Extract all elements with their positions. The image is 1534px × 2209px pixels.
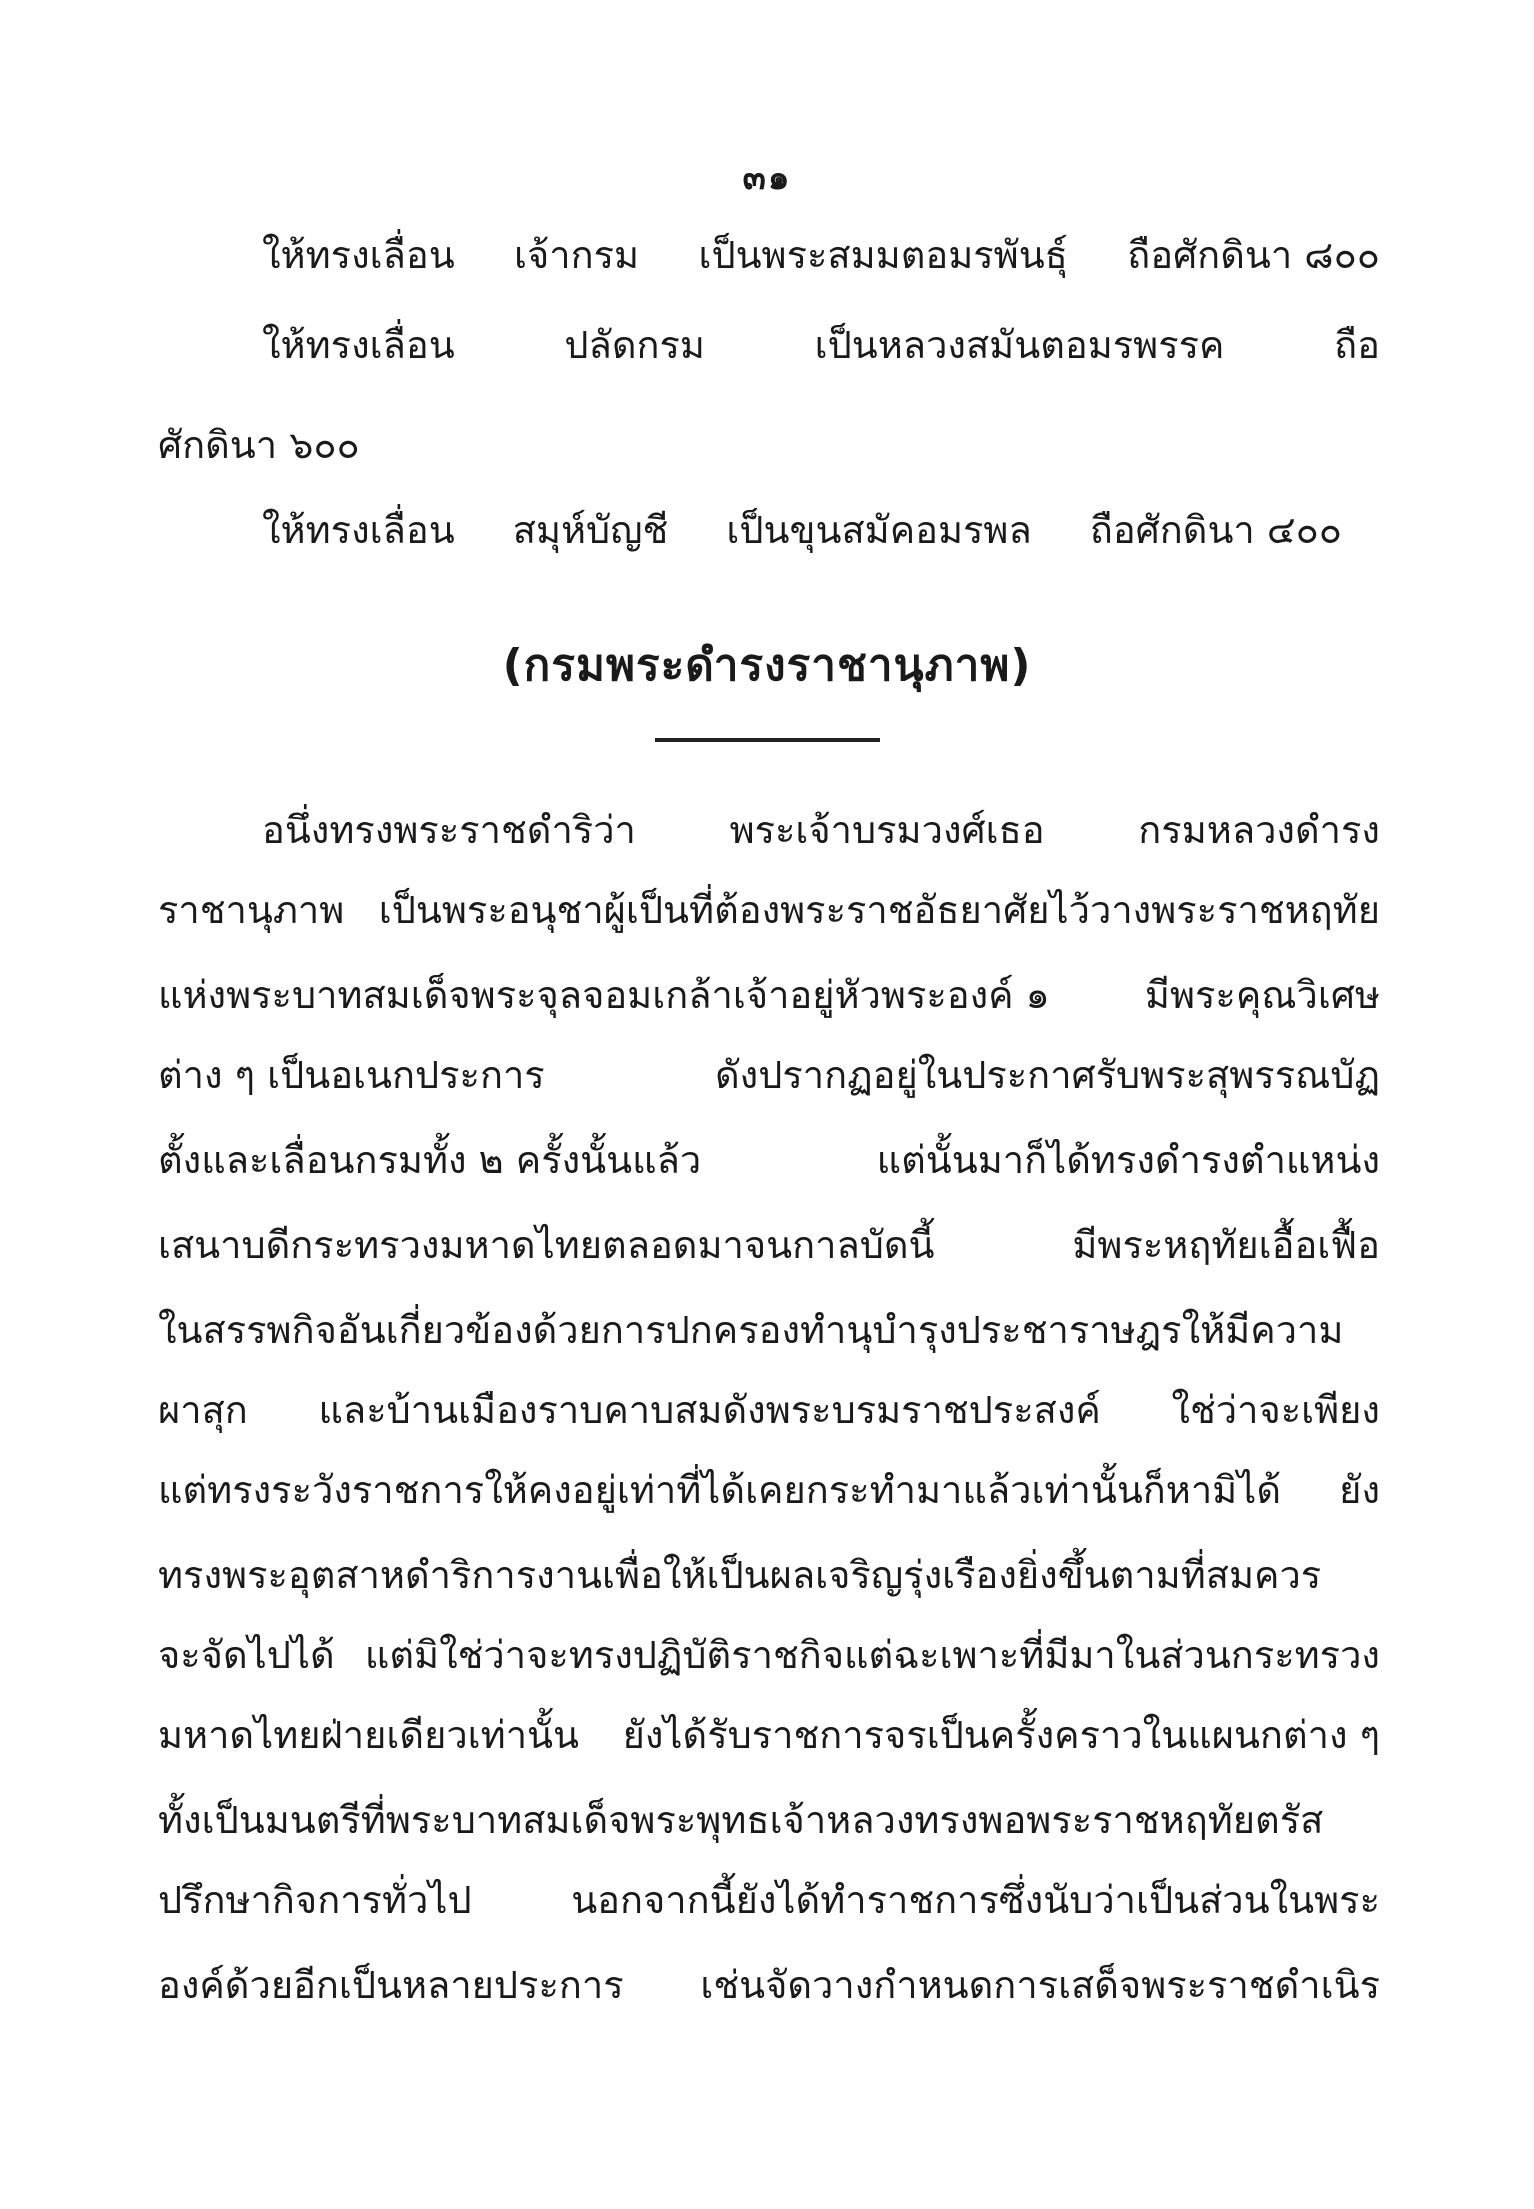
appointment-text: ให้ทรงเลื่อน xyxy=(262,225,455,285)
body-text: อนึ่งทรงพระราชดำริว่า xyxy=(262,800,636,860)
body-text: ต่าง ๆ เป็นอเนกประการ xyxy=(158,1045,545,1105)
body-text: ตั้งและเลื่อนกรมทั้ง ๒ ครั้งนั้นแล้ว xyxy=(158,1130,701,1190)
body-text: ทรงพระอุตสาหดำริการงานเพื่อให้เป็นผลเจริ… xyxy=(158,1545,1321,1605)
body-text: พระเจ้าบรมวงศ์เธอ xyxy=(730,800,1045,860)
body-text: จะจัดไปได้ xyxy=(158,1625,335,1685)
body-text: และบ้านเมืองราบคาบสมดังพระบรมราชประสงค์ xyxy=(318,1380,1100,1440)
appointment-text: เป็นพระสมมตอมรพันธุ์ xyxy=(698,225,1067,285)
body-line: แห่งพระบาทสมเด็จพระจุลจอมเกล้าเจ้าอยู่หั… xyxy=(158,965,1380,1025)
appointment-text: สมุห์บัญชี xyxy=(513,500,669,560)
body-text: แต่นั้นมาก็ได้ทรงดำรงตำแหน่ง xyxy=(877,1130,1380,1190)
appointment-line-1: ให้ทรงเลื่อน เจ้ากรม เป็นพระสมมตอมรพันธุ… xyxy=(262,225,1380,285)
body-text: มหาดไทยฝ่ายเดียวเท่านั้น xyxy=(158,1705,579,1765)
body-text: แต่มิใช่ว่าจะทรงปฏิบัติราชกิจแต่ฉะเพาะที… xyxy=(365,1625,1380,1685)
appointment-line-3: ให้ทรงเลื่อน สมุห์บัญชี เป็นขุนสมัคอมรพล… xyxy=(262,500,1342,560)
appointment-line-2: ให้ทรงเลื่อน ปลัดกรม เป็นหลวงสมันตอมรพรร… xyxy=(262,315,1380,375)
appointment-text: ถือศักดินา ๔๐๐ xyxy=(1090,500,1342,560)
appointment-text: ให้ทรงเลื่อน xyxy=(262,500,455,560)
body-text: ดังปรากฏอยู่ในประกาศรับพระสุพรรณบัฏ xyxy=(715,1045,1380,1105)
body-line: จะจัดไปได้ แต่มิใช่ว่าจะทรงปฏิบัติราชกิจ… xyxy=(158,1625,1380,1685)
body-text: เป็นพระอนุชาผู้เป็นที่ต้องพระราชอัธยาศัย… xyxy=(379,880,1380,940)
body-text: เช่นจัดวางกำหนดการเสด็จพระราชดำเนิร xyxy=(700,1955,1380,2015)
body-text: ปรึกษากิจการทั่วไป xyxy=(158,1870,472,1930)
body-line: ตั้งและเลื่อนกรมทั้ง ๒ ครั้งนั้นแล้ว แต่… xyxy=(158,1130,1380,1190)
body-text: ใช่ว่าจะเพียง xyxy=(1171,1380,1380,1440)
body-text: มีพระหฤทัยเอื้อเฟื้อ xyxy=(1072,1215,1380,1275)
body-line: ทรงพระอุตสาหดำริการงานเพื่อให้เป็นผลเจริ… xyxy=(158,1545,1380,1605)
heading-divider xyxy=(655,738,880,742)
body-text: ยังได้รับราชการจรเป็นครั้งคราวในแผนกต่าง… xyxy=(623,1705,1380,1765)
body-text: ในสรรพกิจอันเกี่ยวข้องด้วยการปกครองทำนุบ… xyxy=(158,1300,1343,1360)
page-number: ๓๑ xyxy=(0,150,1534,204)
body-text: แต่ทรงระวังราชการให้คงอยู่เท่าที่ได้เคยก… xyxy=(158,1460,1281,1520)
body-line: ต่าง ๆ เป็นอเนกประการ ดังปรากฏอยู่ในประก… xyxy=(158,1045,1380,1105)
body-text: เสนาบดีกระทรวงมหาดไทยตลอดมาจนกาลบัดนี้ xyxy=(158,1215,935,1275)
body-text: แห่งพระบาทสมเด็จพระจุลจอมเกล้าเจ้าอยู่หั… xyxy=(158,965,1050,1025)
body-line: อนึ่งทรงพระราชดำริว่า พระเจ้าบรมวงศ์เธอ … xyxy=(262,800,1380,860)
appointment-text: ปลัดกรม xyxy=(564,315,705,375)
appointment-text: ถือ xyxy=(1334,315,1380,375)
body-line: ในสรรพกิจอันเกี่ยวข้องด้วยการปกครองทำนุบ… xyxy=(158,1300,1380,1360)
body-text: กรมหลวงดำรง xyxy=(1138,800,1380,860)
appointment-text: ถือศักดินา ๘๐๐ xyxy=(1127,225,1380,285)
body-text: ทั้งเป็นมนตรีที่พระบาทสมเด็จพระพุทธเจ้าห… xyxy=(158,1790,1323,1850)
body-line: เสนาบดีกระทรวงมหาดไทยตลอดมาจนกาลบัดนี้ ม… xyxy=(158,1215,1380,1275)
body-text: ยัง xyxy=(1339,1460,1380,1520)
body-line: ทั้งเป็นมนตรีที่พระบาทสมเด็จพระพุทธเจ้าห… xyxy=(158,1790,1380,1850)
body-line: ปรึกษากิจการทั่วไป นอกจากนี้ยังได้ทำราชก… xyxy=(158,1870,1380,1930)
appointment-line-2-continuation: ศักดินา ๖๐๐ xyxy=(158,415,1380,475)
appointment-text: เจ้ากรม xyxy=(514,225,639,285)
appointment-text: ศักดินา ๖๐๐ xyxy=(158,423,360,467)
body-line: ราชานุภาพ เป็นพระอนุชาผู้เป็นที่ต้องพระร… xyxy=(158,880,1380,940)
appointment-text: เป็นหลวงสมันตอมรพรรค xyxy=(815,315,1225,375)
body-line: แต่ทรงระวังราชการให้คงอยู่เท่าที่ได้เคยก… xyxy=(158,1460,1380,1520)
body-text: นอกจากนี้ยังได้ทำราชการซึ่งนับว่าเป็นส่ว… xyxy=(571,1870,1380,1930)
body-text: มีพระคุณวิเศษ xyxy=(1145,965,1380,1025)
body-line: ผาสุก และบ้านเมืองราบคาบสมดังพระบรมราชปร… xyxy=(158,1380,1380,1440)
body-line: มหาดไทยฝ่ายเดียวเท่านั้น ยังได้รับราชการ… xyxy=(158,1705,1380,1765)
scanned-page: ๓๑ ให้ทรงเลื่อน เจ้ากรม เป็นพระสมมตอมรพั… xyxy=(0,0,1534,2209)
body-text: ผาสุก xyxy=(158,1380,248,1440)
body-text: องค์ด้วยอีกเป็นหลายประการ xyxy=(158,1955,624,2015)
appointment-text: ให้ทรงเลื่อน xyxy=(262,315,455,375)
body-text: ราชานุภาพ xyxy=(158,880,344,940)
appointment-text: เป็นขุนสมัคอมรพล xyxy=(726,500,1031,560)
body-line: องค์ด้วยอีกเป็นหลายประการ เช่นจัดวางกำหน… xyxy=(158,1955,1380,2015)
section-heading: (กรมพระดำรงราชานุภาพ) xyxy=(0,630,1534,700)
